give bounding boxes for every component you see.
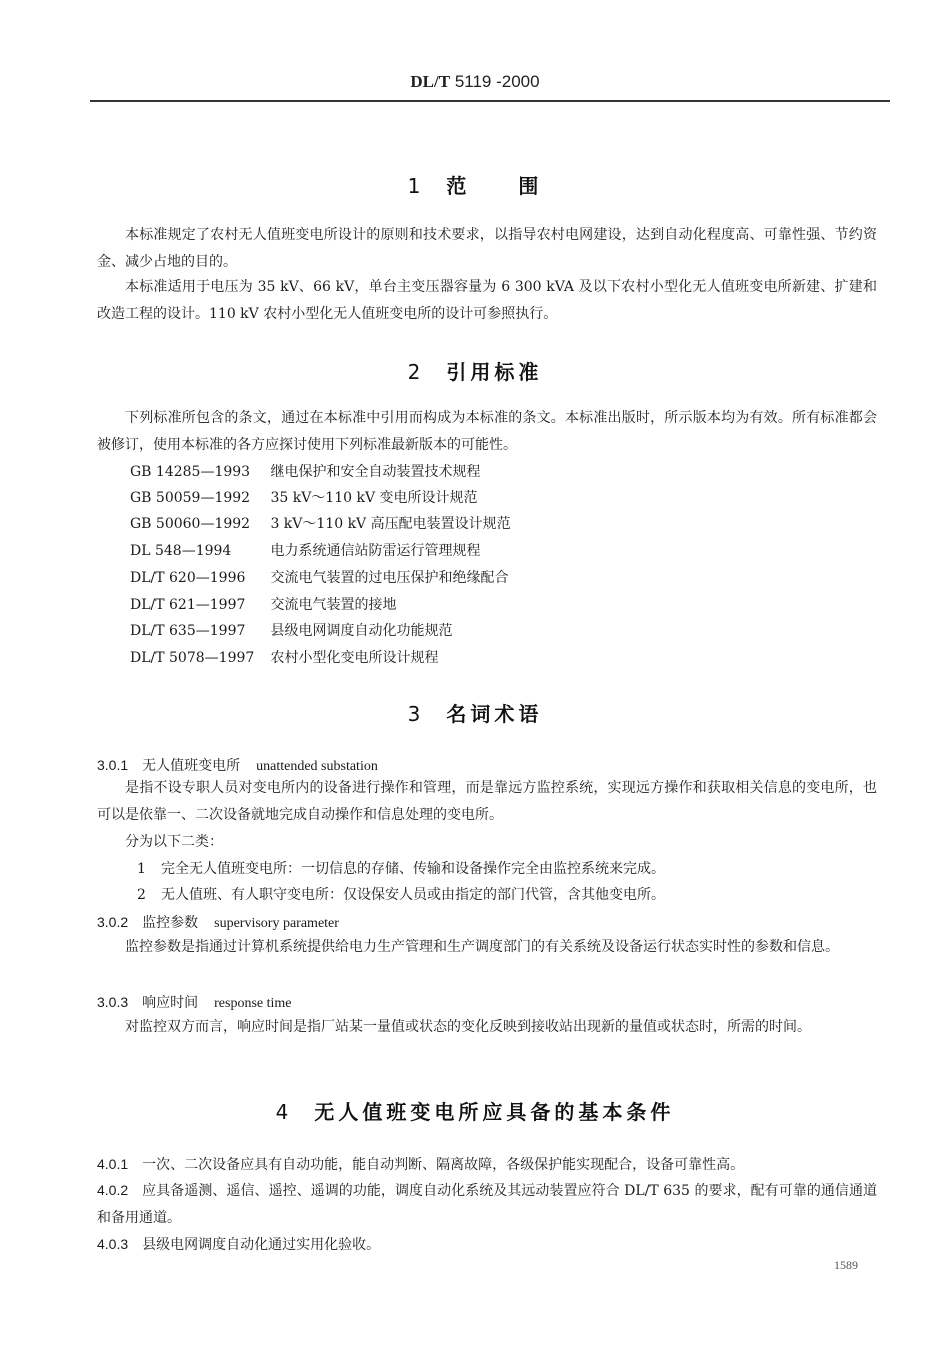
section-number: 2 bbox=[408, 360, 425, 384]
clause-text: 一次、二次设备应具有自动功能，能自动判断、隔离故障，各级保护能实现配合，设备可靠… bbox=[142, 1157, 744, 1173]
reference-code: GB 50060—1992 bbox=[130, 511, 266, 537]
section-2-paragraph-1: 下列标准所包含的条文，通过在本标准中引用而构成为本标准的条文。本标准出版时，所示… bbox=[97, 405, 877, 459]
reference-code: GB 14285—1993 bbox=[130, 459, 266, 485]
reference-title: 交流电气装置的接地 bbox=[270, 597, 396, 613]
clause-4-0-1: 4.0.1一次、二次设备应具有自动功能，能自动判断、隔离故障，各级保护能实现配合… bbox=[97, 1151, 877, 1179]
clause-number: 3.0.3 bbox=[97, 994, 128, 1010]
reference-code: DL 548—1994 bbox=[130, 538, 266, 564]
clause-3-0-1-intro: 分为以下二类： bbox=[97, 829, 877, 856]
reference-item: GB 50060—1992 3 kV～110 kV 高压配电装置设计规范 bbox=[130, 511, 511, 537]
reference-code: DL/T 5078—1997 bbox=[130, 645, 266, 671]
clause-3-0-2-definition: 监控参数是指通过计算机系统提供给电力生产管理和生产调度部门的有关系统及设备运行状… bbox=[97, 934, 877, 961]
clause-4-0-2: 4.0.2应具备遥测、遥信、遥控、遥调的功能，调度自动化系统及其远动装置应符合 … bbox=[97, 1177, 877, 1232]
section-heading: 范 围 bbox=[446, 174, 542, 198]
running-header: DL/T 5119 -2000 bbox=[0, 72, 950, 92]
reference-code: DL/T 620—1996 bbox=[130, 565, 266, 591]
list-item-number: 2 bbox=[137, 882, 161, 908]
clause-3-0-2-heading: 3.0.2监控参数supervisory parameter bbox=[97, 909, 339, 937]
reference-item: DL/T 5078—1997 农村小型化变电所设计规程 bbox=[130, 645, 438, 671]
list-item-text: 无人值班、有人职守变电所：仅设保安人员或由指定的部门代管，含其他变电所。 bbox=[161, 887, 665, 903]
clause-term-en: unattended substation bbox=[256, 759, 378, 774]
clause-term-en: supervisory parameter bbox=[214, 916, 339, 931]
clause-number: 3.0.2 bbox=[97, 914, 128, 930]
reference-code: GB 50059—1992 bbox=[130, 485, 266, 511]
section-number: 1 bbox=[408, 174, 425, 198]
clause-term: 监控参数 bbox=[142, 915, 198, 931]
clause-3-0-1-definition: 是指不设专职人员对变电所内的设备进行操作和管理，而是靠远方监控系统，实现远方操作… bbox=[97, 775, 877, 829]
clause-number: 3.0.1 bbox=[97, 757, 128, 773]
section-2-title: 2引用标准 bbox=[0, 356, 950, 385]
clause-text: 县级电网调度自动化通过实用化验收。 bbox=[142, 1237, 380, 1253]
reference-title: 交流电气装置的过电压保护和绝缘配合 bbox=[270, 570, 508, 586]
clause-number: 4.0.1 bbox=[97, 1156, 128, 1172]
section-heading: 引用标准 bbox=[446, 360, 542, 384]
header-rule bbox=[90, 100, 890, 102]
list-item-number: 1 bbox=[137, 856, 161, 882]
reference-title: 继电保护和安全自动装置技术规程 bbox=[270, 464, 480, 480]
reference-item: GB 50059—1992 35 kV～110 kV 变电所设计规范 bbox=[130, 485, 478, 511]
section-number: 3 bbox=[408, 702, 425, 726]
clause-3-0-3-heading: 3.0.3响应时间response time bbox=[97, 989, 292, 1017]
clause-term: 响应时间 bbox=[142, 995, 198, 1011]
reference-item: DL/T 620—1996 交流电气装置的过电压保护和绝缘配合 bbox=[130, 565, 508, 591]
reference-title: 县级电网调度自动化功能规范 bbox=[270, 623, 452, 639]
page-number: 1589 bbox=[834, 1258, 858, 1273]
reference-title: 35 kV～110 kV 变电所设计规范 bbox=[270, 490, 477, 506]
reference-title: 农村小型化变电所设计规程 bbox=[270, 650, 438, 666]
reference-item: GB 14285—1993 继电保护和安全自动装置技术规程 bbox=[130, 459, 480, 485]
list-item: 2无人值班、有人职守变电所：仅设保安人员或由指定的部门代管，含其他变电所。 bbox=[137, 882, 665, 908]
standard-code-number: 5119 -2000 bbox=[450, 72, 539, 91]
reference-code: DL/T 635—1997 bbox=[130, 618, 266, 644]
reference-title: 3 kV～110 kV 高压配电装置设计规范 bbox=[270, 516, 510, 532]
section-3-title: 3名词术语 bbox=[0, 698, 950, 727]
standard-code-prefix: DL/T bbox=[410, 72, 450, 91]
clause-4-0-3: 4.0.3县级电网调度自动化通过实用化验收。 bbox=[97, 1231, 877, 1259]
clause-term-en: response time bbox=[214, 996, 291, 1011]
clause-3-0-3-definition: 对监控双方而言，响应时间是指厂站某一量值或状态的变化反映到接收站出现新的量值或状… bbox=[97, 1014, 877, 1041]
section-1-paragraph-2: 本标准适用于电压为 35 kV、66 kV，单台主变压器容量为 6 300 kV… bbox=[97, 274, 877, 328]
section-heading: 无人值班变电所应具备的基本条件 bbox=[314, 1100, 674, 1124]
clause-number: 4.0.3 bbox=[97, 1236, 128, 1252]
list-item: 1完全无人值班变电所：一切信息的存储、传输和设备操作完全由监控系统来完成。 bbox=[137, 856, 665, 882]
clause-text: 应具备遥测、遥信、遥控、遥调的功能，调度自动化系统及其远动装置应符合 DL/T … bbox=[97, 1183, 877, 1226]
reference-item: DL/T 635—1997 县级电网调度自动化功能规范 bbox=[130, 618, 452, 644]
reference-item: DL 548—1994 电力系统通信站防雷运行管理规程 bbox=[130, 538, 480, 564]
section-4-title: 4无人值班变电所应具备的基本条件 bbox=[0, 1096, 950, 1125]
section-1-paragraph-1: 本标准规定了农村无人值班变电所设计的原则和技术要求，以指导农村电网建设，达到自动… bbox=[97, 222, 877, 276]
clause-term: 无人值班变电所 bbox=[142, 758, 240, 774]
clause-number: 4.0.2 bbox=[97, 1182, 128, 1198]
section-heading: 名词术语 bbox=[446, 702, 542, 726]
section-number: 4 bbox=[276, 1100, 293, 1124]
reference-code: DL/T 621—1997 bbox=[130, 592, 266, 618]
list-item-text: 完全无人值班变电所：一切信息的存储、传输和设备操作完全由监控系统来完成。 bbox=[161, 861, 665, 877]
reference-item: DL/T 621—1997 交流电气装置的接地 bbox=[130, 592, 396, 618]
reference-title: 电力系统通信站防雷运行管理规程 bbox=[270, 543, 480, 559]
section-1-title: 1范 围 bbox=[0, 170, 950, 199]
